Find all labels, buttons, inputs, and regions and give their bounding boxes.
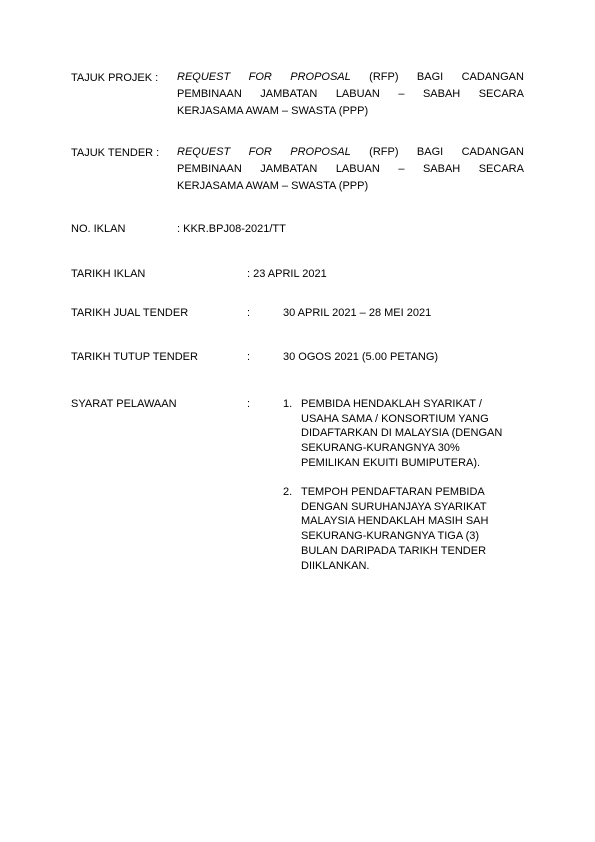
tajuk-projek-label: TAJUK PROJEK : xyxy=(71,72,158,84)
no-iklan-value: : KKR.BPJ08-2021/TT xyxy=(177,223,286,235)
tajuk-projek-line-1: REQUEST FOR PROPOSAL (RFP) BAGI CADANGAN xyxy=(177,69,524,86)
list-item: 2. TEMPOH PENDAFTARAN PEMBIDA DENGAN SUR… xyxy=(283,485,528,573)
tajuk-tender-value: REQUEST FOR PROPOSAL (RFP) BAGI CADANGAN… xyxy=(177,144,524,195)
tarikh-jual-tender-colon: : xyxy=(247,307,250,319)
tarikh-tutup-tender-label: TARIKH TUTUP TENDER xyxy=(71,351,198,363)
tajuk-projek-value: REQUEST FOR PROPOSAL (RFP) BAGI CADANGAN… xyxy=(177,69,524,120)
tajuk-tender-line-1: REQUEST FOR PROPOSAL (RFP) BAGI CADANGAN xyxy=(177,144,524,161)
list-item-text: TEMPOH PENDAFTARAN PEMBIDA DENGAN SURUHA… xyxy=(301,485,528,573)
tarikh-jual-tender-label: TARIKH JUAL TENDER xyxy=(71,307,188,319)
tarikh-tutup-tender-colon: : xyxy=(247,351,250,363)
tarikh-tutup-tender-value: 30 OGOS 2021 (5.00 PETANG) xyxy=(283,351,438,363)
tarikh-iklan-value: : 23 APRIL 2021 xyxy=(247,268,327,280)
tajuk-projek-line-3: KERJASAMA AWAM – SWASTA (PPP) xyxy=(177,103,524,120)
no-iklan-label: NO. IKLAN xyxy=(71,223,125,235)
syarat-pelawaan-colon: : xyxy=(247,398,250,410)
tajuk-tender-line-2: PEMBINAAN JAMBATAN LABUAN – SABAH SECARA xyxy=(177,161,524,178)
tajuk-tender-label: TAJUK TENDER : xyxy=(71,147,159,159)
list-item: 1. PEMBIDA HENDAKLAH SYARIKAT / USAHA SA… xyxy=(283,397,528,471)
document-page: TAJUK PROJEK : REQUEST FOR PROPOSAL (RFP… xyxy=(0,0,595,842)
tarikh-iklan-label: TARIKH IKLAN xyxy=(71,268,145,280)
syarat-pelawaan-list: 1. PEMBIDA HENDAKLAH SYARIKAT / USAHA SA… xyxy=(283,397,528,588)
syarat-pelawaan-label: SYARAT PELAWAAN xyxy=(71,398,177,410)
list-item-text: PEMBIDA HENDAKLAH SYARIKAT / USAHA SAMA … xyxy=(301,397,528,471)
tajuk-projek-line-2: PEMBINAAN JAMBATAN LABUAN – SABAH SECARA xyxy=(177,86,524,103)
list-item-number: 1. xyxy=(283,397,292,412)
tajuk-tender-line-3: KERJASAMA AWAM – SWASTA (PPP) xyxy=(177,178,524,195)
list-item-number: 2. xyxy=(283,485,292,500)
tarikh-jual-tender-value: 30 APRIL 2021 – 28 MEI 2021 xyxy=(283,307,431,319)
